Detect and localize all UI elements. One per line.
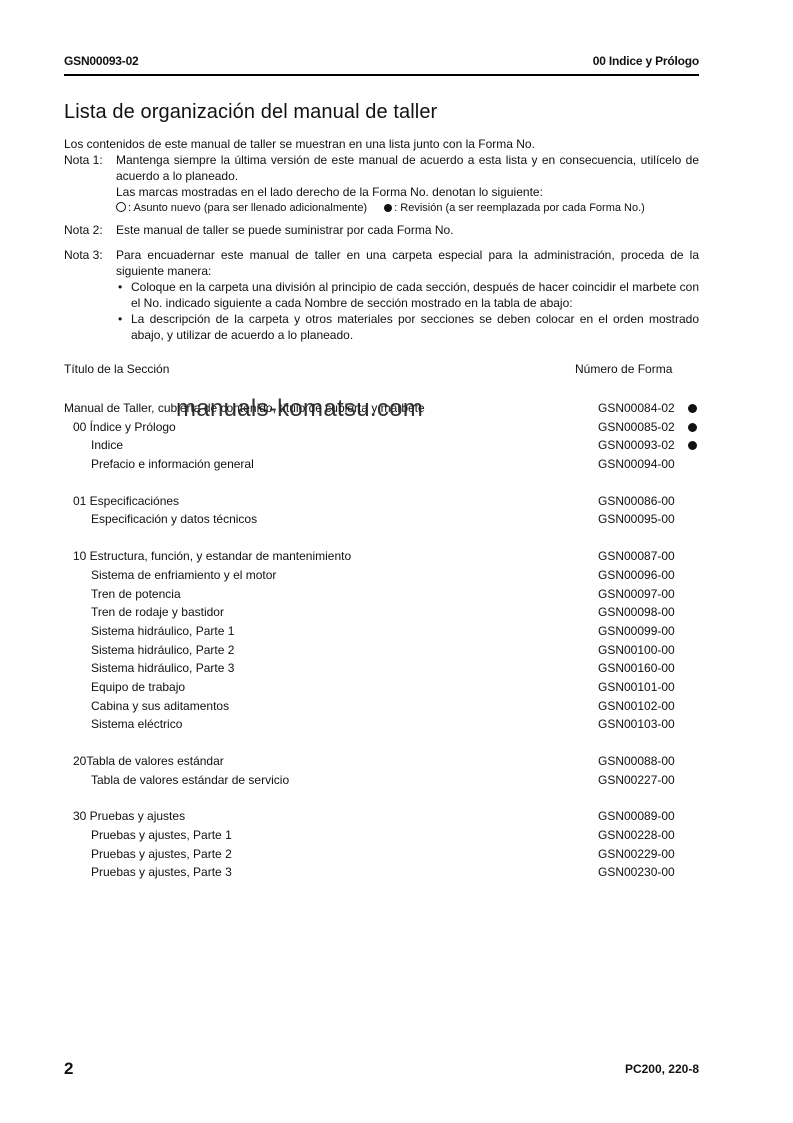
section-title: Pruebas y ajustes, Parte 3	[91, 863, 232, 882]
form-number: GSN00228-00	[598, 826, 675, 845]
form-number: GSN00160-00	[598, 659, 675, 678]
section-title: Sistema hidráulico, Parte 1	[91, 622, 234, 641]
form-number: GSN00089-00	[598, 807, 675, 826]
section-title: 10 Estructura, función, y estandar de ma…	[73, 547, 351, 566]
table-row: IndiceGSN00093-02	[64, 436, 704, 455]
column-header-section: Título de la Sección	[64, 362, 169, 376]
revision-legend: : Revisión (a ser reemplazada por cada F…	[394, 202, 645, 214]
note-label: Nota 2:	[64, 222, 103, 238]
section-title: Pruebas y ajustes, Parte 1	[91, 826, 232, 845]
form-number: GSN00088-00	[598, 752, 675, 771]
form-number: GSN00227-00	[598, 771, 675, 790]
revision-dot-icon	[688, 423, 697, 432]
table-row: Cabina y sus aditamentosGSN00102-00	[64, 697, 704, 716]
page-title: Lista de organización del manual de tall…	[64, 101, 437, 124]
form-number: GSN00102-00	[598, 697, 675, 716]
table-row: Equipo de trabajoGSN00101-00	[64, 678, 704, 697]
table-row: Sistema hidráulico, Parte 1GSN00099-00	[64, 622, 704, 641]
form-number: GSN00097-00	[598, 585, 675, 604]
open-circle-icon	[116, 202, 126, 212]
section-title: Especificación y datos técnicos	[91, 510, 257, 529]
form-number: GSN00094-00	[598, 455, 675, 474]
table-row: Prefacio e información generalGSN00094-0…	[64, 455, 704, 474]
table-row: Manual de Taller, cubierta de contenido,…	[64, 399, 704, 418]
table-row: 20Tabla de valores estándarGSN00088-00	[64, 752, 704, 771]
table-row: 00 Índice y PrólogoGSN00085-02	[64, 418, 704, 437]
table-row: Sistema eléctricoGSN00103-00	[64, 715, 704, 734]
section-title: Prefacio e información general	[91, 455, 254, 474]
form-number: GSN00085-02	[598, 418, 675, 437]
section-title: Tren de potencia	[91, 585, 181, 604]
bullet-item: Coloque en la carpeta una división al pr…	[116, 279, 699, 311]
note-3: Nota 3: Para encuadernar este manual de …	[64, 247, 699, 343]
table-spacer	[64, 789, 704, 807]
table-row: Tabla de valores estándar de servicioGSN…	[64, 771, 704, 790]
form-number: GSN00098-00	[598, 603, 675, 622]
note-text: Mantenga siempre la última versión de es…	[116, 152, 699, 184]
bullet-item: La descripción de la carpeta y otros mat…	[116, 311, 699, 343]
column-header-form: Número de Forma	[575, 362, 672, 376]
section-header: 00 Indice y Prólogo	[593, 54, 699, 68]
form-number: GSN00100-00	[598, 641, 675, 660]
table-row: 01 EspecificaciónesGSN00086-00	[64, 492, 704, 511]
table-row: 10 Estructura, función, y estandar de ma…	[64, 547, 704, 566]
table-row: Tren de rodaje y bastidorGSN00098-00	[64, 603, 704, 622]
form-number: GSN00093-02	[598, 436, 675, 455]
table-row: 30 Pruebas y ajustesGSN00089-00	[64, 807, 704, 826]
form-number: GSN00095-00	[598, 510, 675, 529]
section-title: Sistema hidráulico, Parte 3	[91, 659, 234, 678]
section-title: Pruebas y ajustes, Parte 2	[91, 845, 232, 864]
note-2: Nota 2: Este manual de taller se puede s…	[64, 222, 699, 238]
table-row: Especificación y datos técnicosGSN00095-…	[64, 510, 704, 529]
note-label: Nota 3:	[64, 247, 103, 263]
section-title: Manual de Taller, cubierta de contenido,…	[64, 399, 425, 418]
section-title: Cabina y sus aditamentos	[91, 697, 229, 716]
note-label: Nota 1:	[64, 152, 103, 168]
form-number: GSN00087-00	[598, 547, 675, 566]
section-title: Tren de rodaje y bastidor	[91, 603, 224, 622]
section-title: 01 Especificaciónes	[73, 492, 179, 511]
new-item-legend: : Asunto nuevo (para ser llenado adicion…	[128, 202, 367, 214]
table-row: Pruebas y ajustes, Parte 2GSN00229-00	[64, 845, 704, 864]
document-code: GSN00093-02	[64, 54, 139, 68]
note-text: Este manual de taller se puede suministr…	[116, 222, 699, 238]
form-number: GSN00229-00	[598, 845, 675, 864]
table-row: Pruebas y ajustes, Parte 3GSN00230-00	[64, 863, 704, 882]
revision-dot-icon	[688, 404, 697, 413]
form-number: GSN00099-00	[598, 622, 675, 641]
intro-paragraph: Los contenidos de este manual de taller …	[64, 136, 699, 152]
section-title: 00 Índice y Prólogo	[73, 418, 176, 437]
section-title: Tabla de valores estándar de servicio	[91, 771, 289, 790]
filled-circle-icon	[384, 204, 392, 212]
form-number: GSN00086-00	[598, 492, 675, 511]
header-divider	[64, 74, 699, 76]
table-row: Sistema de enfriamiento y el motorGSN000…	[64, 566, 704, 585]
section-title: Sistema de enfriamiento y el motor	[91, 566, 276, 585]
section-title: Equipo de trabajo	[91, 678, 185, 697]
section-table: Manual de Taller, cubierta de contenido,…	[64, 399, 704, 882]
form-number: GSN00101-00	[598, 678, 675, 697]
table-spacer	[64, 529, 704, 547]
table-row: Tren de potenciaGSN00097-00	[64, 585, 704, 604]
note-text: Las marcas mostradas en el lado derecho …	[116, 184, 699, 200]
section-title: Sistema eléctrico	[91, 715, 182, 734]
section-title: Indice	[91, 436, 123, 455]
form-number: GSN00096-00	[598, 566, 675, 585]
section-title: 30 Pruebas y ajustes	[73, 807, 185, 826]
page-number: 2	[64, 1059, 73, 1079]
form-number: GSN00084-02	[598, 399, 675, 418]
form-number: GSN00230-00	[598, 863, 675, 882]
section-title: 20Tabla de valores estándar	[73, 752, 224, 771]
table-row: Sistema hidráulico, Parte 3GSN00160-00	[64, 659, 704, 678]
section-title: Sistema hidráulico, Parte 2	[91, 641, 234, 660]
table-spacer	[64, 474, 704, 492]
form-number: GSN00103-00	[598, 715, 675, 734]
table-spacer	[64, 734, 704, 752]
note-1: Nota 1: Mantenga siempre la última versi…	[64, 152, 699, 216]
note-text: Para encuadernar este manual de taller e…	[116, 247, 699, 279]
marks-legend: : Asunto nuevo (para ser llenado adicion…	[116, 200, 699, 216]
model-label: PC200, 220-8	[625, 1062, 699, 1076]
table-row: Sistema hidráulico, Parte 2GSN00100-00	[64, 641, 704, 660]
table-row: Pruebas y ajustes, Parte 1GSN00228-00	[64, 826, 704, 845]
revision-dot-icon	[688, 441, 697, 450]
